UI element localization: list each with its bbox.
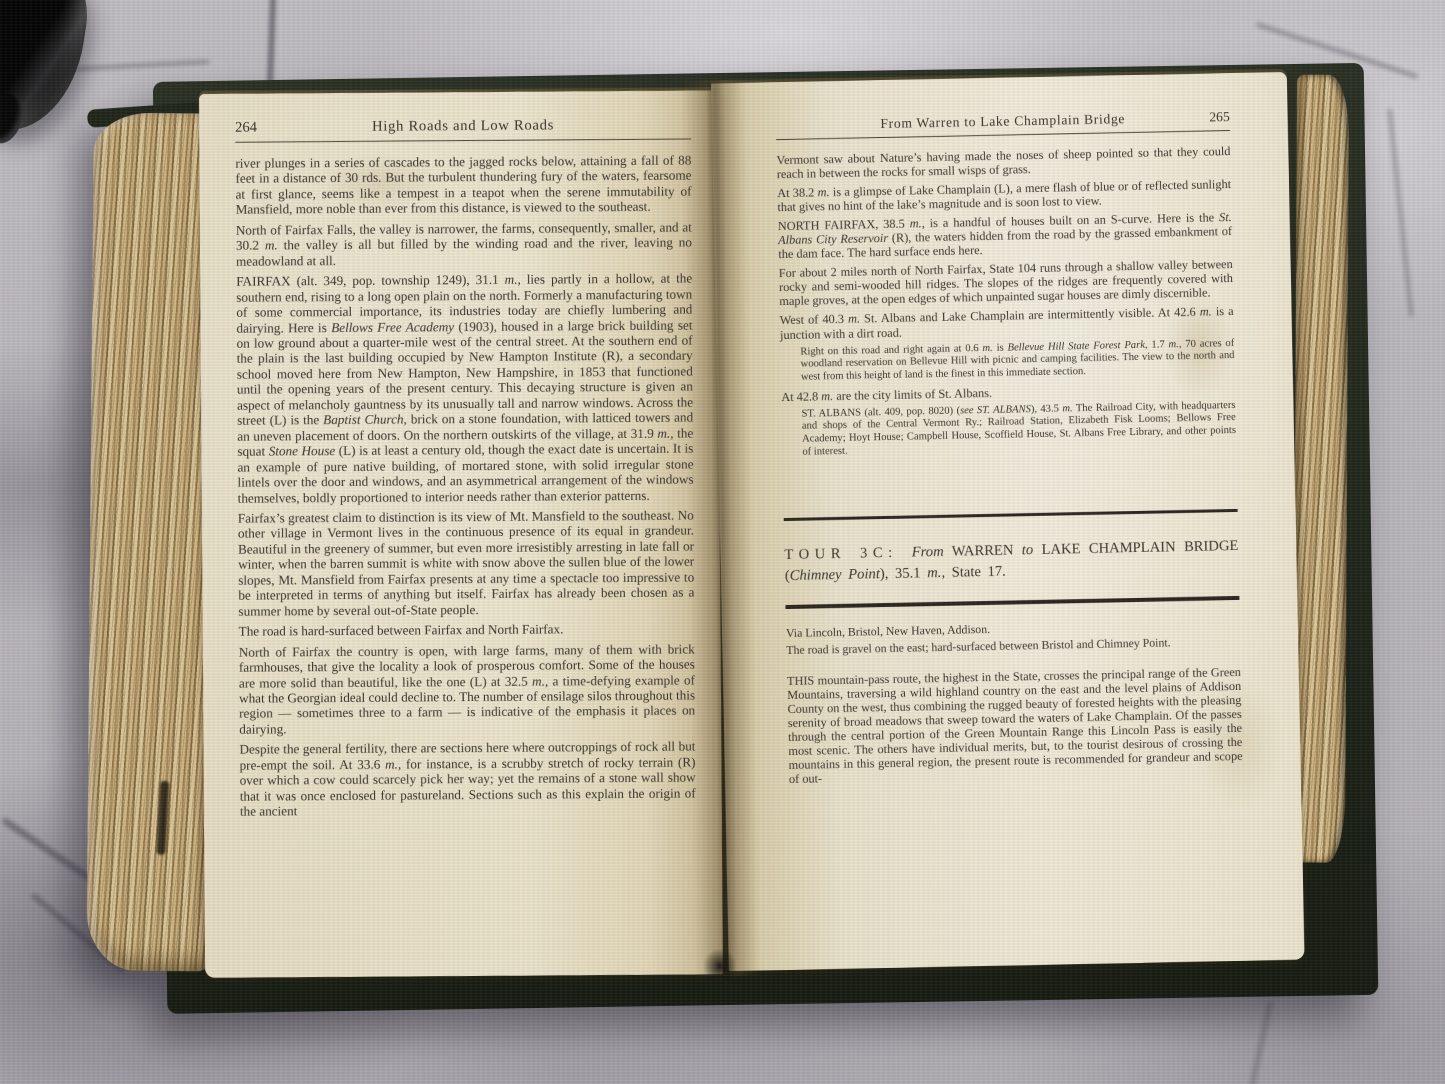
text-run: m. bbox=[1062, 403, 1073, 414]
text-run: THIS mountain-pass route, the highest in… bbox=[787, 665, 1243, 786]
text-run: At 38.2 bbox=[777, 185, 818, 200]
text-run: Vermont saw about Nature’s having made t… bbox=[776, 144, 1230, 181]
text-run: Fairfax’s greatest claim to distinction … bbox=[238, 507, 695, 618]
text-run: Chimney Point bbox=[790, 566, 880, 584]
right-page-edges bbox=[1293, 74, 1349, 862]
section-rule bbox=[784, 508, 1238, 521]
text-run: Via Lincoln, Bristol, New Haven, Addison… bbox=[786, 621, 990, 639]
text-run: FAIRFAX (alt. 349, pop. township 1249), … bbox=[236, 272, 505, 289]
text-run: m. bbox=[821, 389, 833, 403]
text-run: m. bbox=[910, 216, 922, 230]
page-number: 265 bbox=[1178, 109, 1230, 126]
text-run: The road is hard-surfaced between Fairfa… bbox=[239, 622, 564, 639]
right-page-body: Vermont saw about Nature’s having made t… bbox=[776, 144, 1243, 786]
paragraph: THIS mountain-pass route, the highest in… bbox=[787, 665, 1243, 786]
text-run: m. bbox=[265, 238, 278, 253]
text-run: m. bbox=[927, 565, 942, 581]
header-spacer bbox=[776, 129, 828, 130]
gutter-crack bbox=[702, 948, 736, 979]
left-page-header: 264 High Roads and Low Roads bbox=[235, 117, 691, 143]
paragraph: river plunges in a series of cascades to… bbox=[235, 153, 691, 218]
left-page-edges bbox=[86, 112, 217, 971]
text-run: WARREN bbox=[943, 542, 1021, 560]
text-run: see ST. ALBANS bbox=[960, 404, 1031, 416]
mortar-groove bbox=[1249, 1000, 1274, 1084]
text-run: m. bbox=[657, 425, 670, 440]
text-run: For about 2 miles north of North Fairfax… bbox=[779, 257, 1233, 308]
page-number: 264 bbox=[235, 119, 287, 136]
paragraph: At 38.2 m. is a glimpse of Lake Champlai… bbox=[777, 177, 1231, 214]
text-run: , State 17. bbox=[941, 564, 1006, 581]
text-run: m. bbox=[532, 673, 545, 688]
photo-scene: 264 High Roads and Low Roads river plung… bbox=[0, 0, 1445, 1084]
right-page: From Warren to Lake Champlain Bridge 265… bbox=[711, 72, 1305, 971]
text-run: ), 35.1 bbox=[880, 565, 928, 582]
paragraph: West of 40.3 m. St. Albans and Lake Cham… bbox=[780, 304, 1234, 341]
text-run: Baptist Church bbox=[323, 412, 403, 428]
text-run: m. bbox=[1168, 339, 1179, 350]
text-run: West of 40.3 bbox=[780, 312, 849, 327]
text-run: is a glimpse of Lake Champlain (L), a me… bbox=[777, 177, 1231, 214]
text-run: m. bbox=[848, 312, 860, 326]
text-run: , 1.7 bbox=[1145, 339, 1169, 350]
paragraph: Vermont saw about Nature’s having made t… bbox=[776, 144, 1230, 181]
paragraph: FAIRFAX (alt. 349, pop. township 1249), … bbox=[236, 271, 694, 506]
left-page: 264 High Roads and Low Roads river plung… bbox=[199, 90, 723, 978]
text-run: Bellows Free Academy bbox=[331, 319, 454, 335]
right-page-text: From Warren to Lake Champlain Bridge 265… bbox=[711, 72, 1301, 788]
text-run: At 42.8 bbox=[781, 389, 821, 404]
text-run: m. bbox=[1200, 305, 1212, 319]
text-run: is bbox=[993, 342, 1008, 353]
text-run: m. bbox=[505, 272, 518, 287]
text-run: the valley is all but filled by the wind… bbox=[236, 235, 692, 269]
paragraph: Despite the general fertility, there are… bbox=[239, 739, 696, 819]
text-run: are the city limits of St. Albans. bbox=[833, 386, 992, 403]
mortar-groove bbox=[1387, 108, 1414, 317]
paragraph: NORTH FAIRFAX, 38.5 m., is a handful of … bbox=[778, 210, 1233, 261]
right-page-header: From Warren to Lake Champlain Bridge 265 bbox=[776, 109, 1230, 140]
left-page-text: 264 High Roads and Low Roads river plung… bbox=[199, 90, 722, 819]
text-run: From bbox=[912, 544, 944, 561]
paragraph: TOUR 3C: From WARREN to LAKE CHAMPLAIN B… bbox=[784, 536, 1239, 587]
open-book: 264 High Roads and Low Roads river plung… bbox=[83, 70, 1365, 1002]
text-run: m. bbox=[817, 185, 829, 199]
text-run: m. bbox=[385, 756, 398, 771]
paragraph: ST. ALBANS (alt. 409, pop. 8020) (see ST… bbox=[801, 400, 1236, 460]
text-run: St. Albans and Lake Champlain are interm… bbox=[860, 305, 1200, 326]
section-rule bbox=[785, 596, 1239, 609]
running-head: High Roads and Low Roads bbox=[287, 117, 639, 136]
paragraph: For about 2 miles north of North Fairfax… bbox=[779, 257, 1234, 308]
paragraph: North of Fairfax Falls, the valley is na… bbox=[236, 219, 692, 269]
text-run: ), 43.5 bbox=[1031, 403, 1063, 415]
running-head: From Warren to Lake Champlain Bridge bbox=[828, 110, 1178, 133]
paragraph: The road is hard-surfaced between Fairfa… bbox=[239, 621, 695, 640]
paragraph: North of Fairfax the country is open, wi… bbox=[239, 641, 696, 737]
paragraph: Fairfax’s greatest claim to distinction … bbox=[238, 507, 695, 618]
text-run: river plunges in a series of cascades to… bbox=[235, 153, 691, 218]
paragraph: Right on this road and right again at 0.… bbox=[800, 338, 1235, 385]
text-run: ST. ALBANS (alt. 409, pop. 8020) ( bbox=[801, 405, 960, 419]
left-page-body: river plunges in a series of cascades to… bbox=[235, 153, 696, 820]
text-run: TOUR 3C: bbox=[784, 545, 912, 564]
text-run: Stone House bbox=[269, 443, 336, 458]
text-run: to bbox=[1022, 542, 1034, 558]
text-run: Bellevue Hill State Forest Park bbox=[1007, 339, 1145, 353]
